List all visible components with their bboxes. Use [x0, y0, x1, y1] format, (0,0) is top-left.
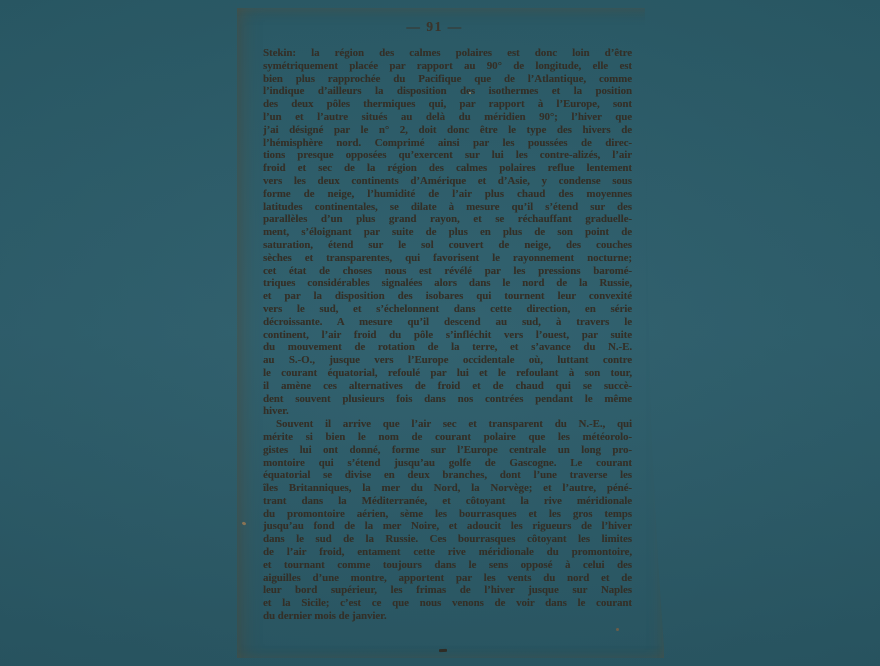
text-line: du mouvement de rotation de la terre, et… [263, 341, 632, 354]
text-line: dent souvent plusieurs fois dans nos con… [263, 393, 632, 406]
text-line: froid et sec de la région des calmes pol… [263, 162, 632, 175]
text-line: jusqu’au fond de la mer Noire, et adouci… [263, 520, 632, 533]
page-number: — 91 — [237, 19, 632, 35]
text-line: et par la disposition des isobares qui t… [263, 290, 632, 303]
text-line: îles Britanniques, la mer du Nord, la No… [263, 482, 632, 495]
text-line: triques considérables signalées alors da… [263, 277, 632, 290]
text-line: hiver. [263, 405, 632, 418]
text-line: forme de neige, l’humidité de l’air plus… [263, 188, 632, 201]
book-page: — 91 — Stekin: la région des calmes pola… [237, 8, 664, 658]
ink-speck [616, 628, 619, 631]
text-line: dans le sud de la Russie. Ces bourrasque… [263, 533, 632, 546]
page-body: Stekin: la région des calmes polaires es… [263, 47, 632, 623]
text-line: parallèles d’un plus grand rayon, et se … [263, 213, 632, 226]
text-line: aiguilles d’une montre, apportent par le… [263, 572, 632, 585]
text-line: l’indique d’ailleurs la disposition des … [263, 85, 632, 98]
text-line: vers le sud, et s’échelonnent dans cette… [263, 303, 632, 316]
text-line: des deux pôles thermiques qui, par rappo… [263, 98, 632, 111]
text-line: l’hémisphère nord. Comprimé ainsi par le… [263, 137, 632, 150]
text-line: mérite si bien le nom de courant polaire… [263, 431, 632, 444]
text-line: décroissante. A mesure qu’il descend au … [263, 316, 632, 329]
paragraph: Stekin: la région des calmes polaires es… [263, 47, 632, 418]
text-line: montoire qui s’étend jusqu’au golfe de G… [263, 457, 632, 470]
text-line: Souvent il arrive que l’air sec et trans… [263, 418, 632, 431]
text-line: leur bord supérieur, les frimas de l’hiv… [263, 584, 632, 597]
text-line: trant dans la Méditerranée, et côtoyant … [263, 495, 632, 508]
text-line: saturation, étend sur le sol couvert de … [263, 239, 632, 252]
text-line: le courant équatorial, refoulé par lui e… [263, 367, 632, 380]
text-line: il amène ces alternatives de froid et de… [263, 380, 632, 393]
ink-speck [469, 92, 471, 94]
page-bottom-mark [439, 649, 447, 652]
text-line: et la Sicile; c’est ce que nous venons d… [263, 597, 632, 610]
text-line: Stekin: la région des calmes polaires es… [263, 47, 632, 60]
text-line: du dernier mois de janvier. [263, 610, 632, 623]
text-line: latitudes continentales, se dilate à mes… [263, 201, 632, 214]
text-line: vers les deux continents d’Amérique et d… [263, 175, 632, 188]
text-line: j’ai désigné par le n° 2, doit donc être… [263, 124, 632, 137]
text-line: ment, s’éloignant par suite de plus en p… [263, 226, 632, 239]
text-line: l’un et l’autre situés au delà du méridi… [263, 111, 632, 124]
text-line: et tournant comme toujours dans le sens … [263, 559, 632, 572]
paragraph: Souvent il arrive que l’air sec et trans… [263, 418, 632, 623]
text-line: sèches et transparentes, qui favorisent … [263, 252, 632, 265]
text-line: équatorial se divise en deux branches, d… [263, 469, 632, 482]
text-line: gistes lui ont donné, forme sur l’Europe… [263, 444, 632, 457]
text-line: de l’air froid, entament cette rive méri… [263, 546, 632, 559]
text-line: tions presque opposées qu’exercent sur l… [263, 149, 632, 162]
text-line: symétriquement placée par rapport au 90°… [263, 60, 632, 73]
ink-speck [242, 521, 247, 525]
text-line: bien plus rapprochée du Pacifique que de… [263, 73, 632, 86]
text-line: du promontoire aérien, sème les bourrasq… [263, 508, 632, 521]
text-line: cet état de choses nous est révélé par l… [263, 265, 632, 278]
text-line: continent, l’air froid du pôle s’infléch… [263, 329, 632, 342]
text-line: au S.-O., jusque vers l’Europe occidenta… [263, 354, 632, 367]
